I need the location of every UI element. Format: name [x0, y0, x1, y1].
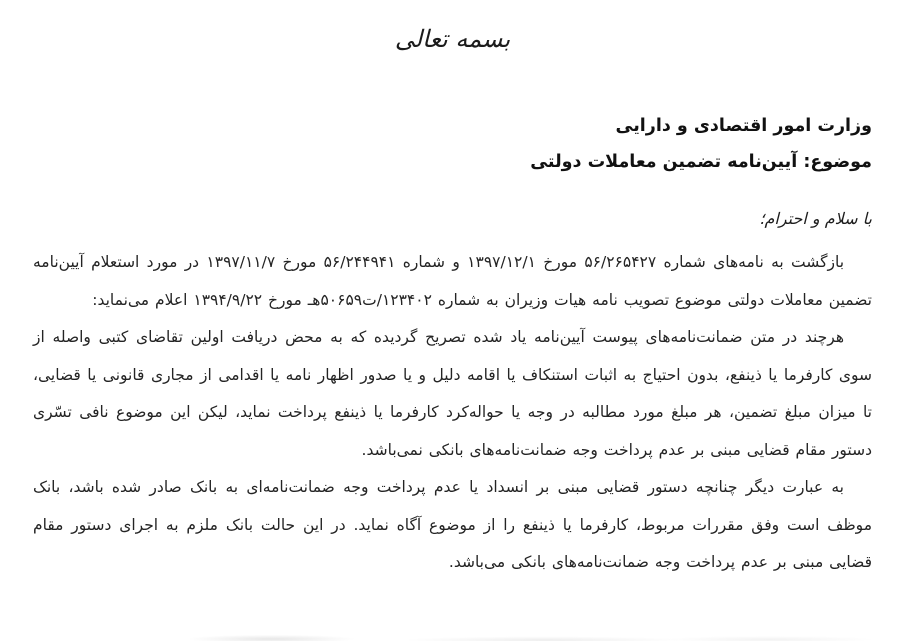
subject-line: موضوع: آیین‌نامه تضمین معاملات دولتی: [33, 144, 872, 180]
letter-header: وزارت امور اقتصادی و دارایی موضوع: آیین‌…: [33, 108, 872, 180]
paragraph-reference: بازگشت به نامه‌های شماره ۵۶/۲۶۵۴۲۷ مورخ …: [33, 244, 872, 319]
letter-page: بسمه تعالی وزارت امور اقتصادی و دارایی م…: [0, 0, 905, 641]
paragraph-conclusion: به عبارت دیگر چنانچه دستور قضایی مبنی بر…: [33, 469, 872, 582]
letter-body: بازگشت به نامه‌های شماره ۵۶/۲۶۵۴۲۷ مورخ …: [33, 244, 872, 582]
bismillah-calligraphy: بسمه تعالی: [33, 20, 872, 58]
paragraph-explanation: هرچند در متن ضمانت‌نامه‌های پیوست آیین‌ن…: [33, 319, 872, 469]
ministry-title: وزارت امور اقتصادی و دارایی: [33, 108, 872, 144]
scan-smudge-artifact: [0, 631, 905, 641]
salutation-line: با سلام و احترام؛: [33, 204, 872, 234]
